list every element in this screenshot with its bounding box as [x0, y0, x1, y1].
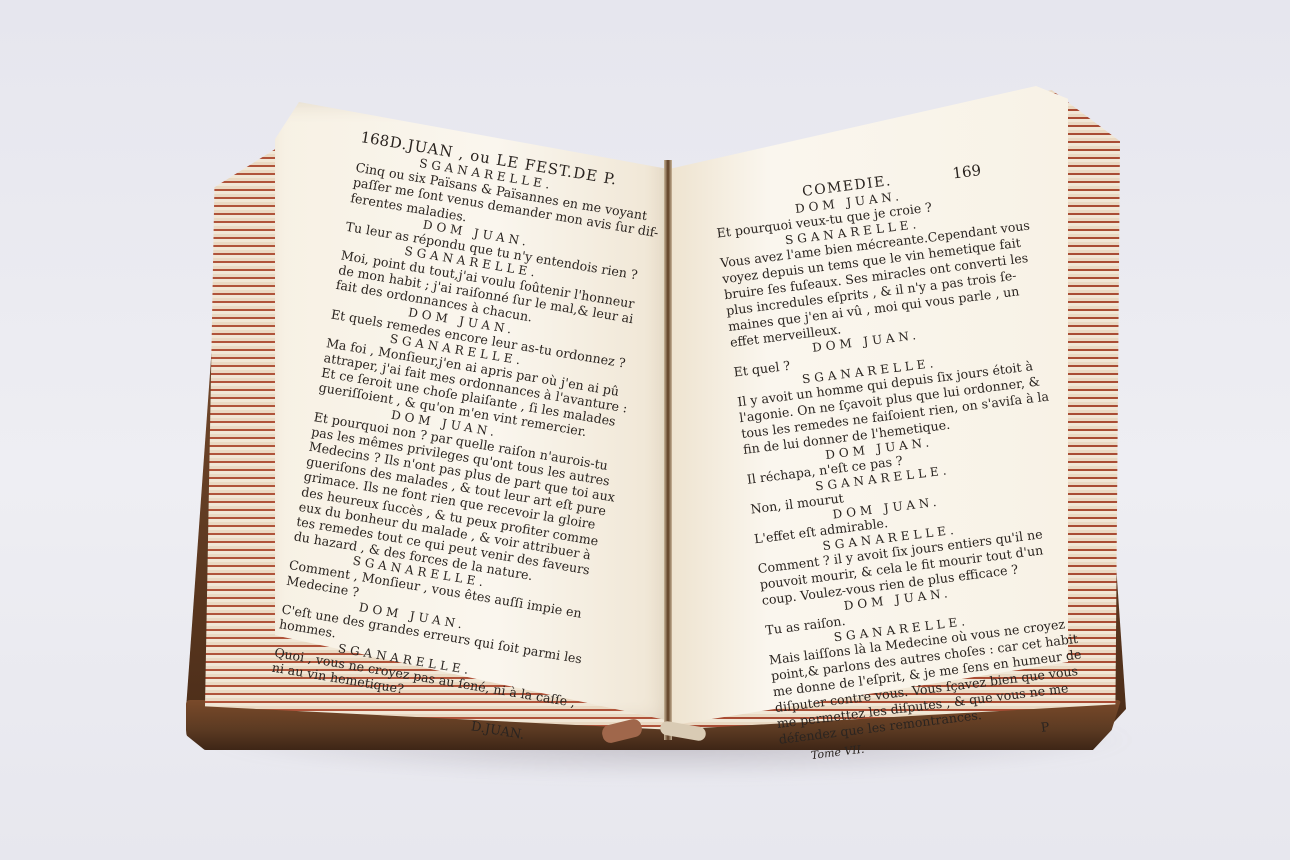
- headband-right: [659, 720, 707, 742]
- catchword: P: [1040, 719, 1050, 736]
- headband: [600, 718, 730, 744]
- photo-scene: 168 D.JUAN , ou LE FEST.DE P. SGANARELLE…: [0, 0, 1290, 860]
- book-gutter: [664, 160, 672, 740]
- headband-left: [600, 717, 643, 744]
